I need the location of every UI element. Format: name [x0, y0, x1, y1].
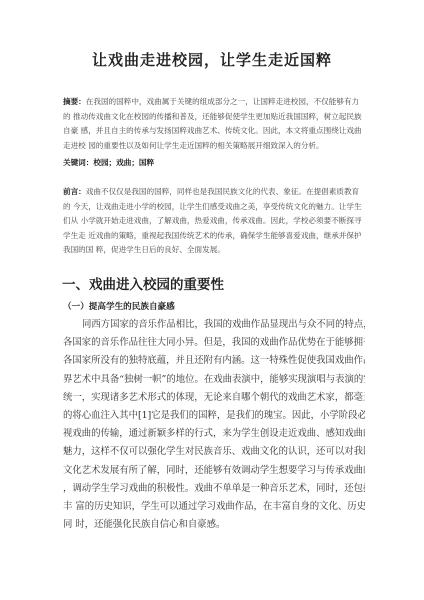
preface-block: 前言：戏曲不仅仅是我国的国粹，同样也是我国民族文化的代表、象征。在提倡素质教育 …: [63, 185, 363, 258]
abstract-line: 摘要：在我国的国粹中，戏曲属于关键的组成部分之一，让国粹走进校园，不仅能够有力: [63, 95, 363, 110]
preface-line: 的 今天，让戏曲走进小学的校园，让学生们感受戏曲之美，享受传统文化的魅力。让学生: [63, 200, 363, 215]
abstract-block: 摘要：在我国的国粹中，戏曲属于关键的组成部分之一，让国粹走进校园，不仅能够有力 …: [63, 95, 363, 153]
body-paragraph: 同西方国家的音乐作品相比，我国的戏曲作品显现出与众不同的特点，西方 各国家的音乐…: [63, 316, 365, 534]
document-title: 让戏曲走进校园，让学生走近国粹: [0, 49, 424, 70]
body-line: 统一，实现诸多艺术形式的体现，无论来自哪个朝代的戏曲艺术家，都毫无保留: [63, 389, 365, 407]
abstract-line: 的 推动传戏曲文化在校园的传播和普及，还能够促使学生更加贴近我国国粹，树立起民族: [63, 110, 363, 125]
body-line: 同西方国家的音乐作品相比，我国的戏曲作品显现出与众不同的特点，西方: [63, 316, 365, 334]
body-line: 各国家的音乐作品往往大同小异。但是，我国的戏曲作品优势在于能够拥有西方: [63, 334, 365, 352]
body-line: 同 时，还能强化民族自信心和自豪感。: [63, 516, 365, 534]
body-line: 各国家所没有的独特底蕴，并且还附有内涵。这一特殊性促使我国戏曲作品在世: [63, 352, 365, 370]
preface-line: 学生走 近戏曲的策略，重视起我国传统艺术的传承，确保学生能够喜爱戏曲，继承并保护: [63, 229, 363, 244]
preface-line: 前言：戏曲不仅仅是我国的国粹，同样也是我国民族文化的代表、象征。在提倡素质教育: [63, 185, 363, 200]
body-line: 界艺术中具备“独树一帜”的地位。在戏曲表演中，能够实现演唱与表演的完美: [63, 371, 365, 389]
abstract-text: 在我国的国粹中，戏曲属于关键的组成部分之一，让国粹走进校园，不仅能够有力: [86, 97, 359, 106]
preface-line: 们从 小学就开始走进戏曲，了解戏曲，热爱戏曲，传承戏曲。因此，学校必须要不断探寻: [63, 214, 363, 229]
keywords-line: 关键词：校园；戏曲；国粹: [63, 157, 154, 168]
body-line: 文化艺术发展有所了解，同时，还能够有效调动学生想要学习与传承戏曲的兴趣: [63, 462, 365, 480]
keywords-text: 校园；戏曲；国粹: [93, 158, 154, 167]
abstract-label: 摘要：: [63, 97, 86, 106]
subsection-heading: （一）提高学生的民族自豪感: [63, 300, 175, 312]
document-page: 让戏曲走进校园，让学生走近国粹 摘要：在我国的国粹中，戏曲属于关键的组成部分之一…: [0, 0, 424, 600]
body-line: 魅力，这样不仅可以强化学生对民族音乐、戏曲文化的认识，还可以对我国传统: [63, 443, 365, 461]
body-line: 丰 富的历史知识，学生可以通过学习戏曲作品，在丰富自身的文化、历史知识的: [63, 498, 365, 516]
body-line: ，调动学生学习戏曲的积极性。戏曲不单单是一种音乐艺术，同时，还包括众多: [63, 480, 365, 498]
abstract-line: 自豪 感，并且自主的传承与发扬国粹戏曲艺术、传统文化。因此，本文将重点围绕让戏曲: [63, 124, 363, 139]
section-heading: 一、戏曲进入校园的重要性: [62, 273, 224, 293]
body-line: 视戏曲的传输，通过新颖多样的行式，来为学生创设走近戏曲、感知戏曲的优雅: [63, 425, 365, 443]
preface-text: 戏曲不仅仅是我国的国粹，同样也是我国民族文化的代表、象征。在提倡素质教育: [86, 187, 359, 196]
keywords-label: 关键词：: [63, 158, 93, 167]
preface-label: 前言：: [63, 187, 86, 196]
abstract-line: 走进校 园的重要性以及如何让学生走近国粹的相关策略展开细致深入的分析。: [63, 139, 363, 154]
body-line: 的将心血注入其中[1]它是我们的国粹，是我们的瑰宝。因此，小学阶段必须要重: [63, 407, 365, 425]
preface-line: 我国的国 粹，促进学生日后的良好、全面发展。: [63, 243, 363, 258]
